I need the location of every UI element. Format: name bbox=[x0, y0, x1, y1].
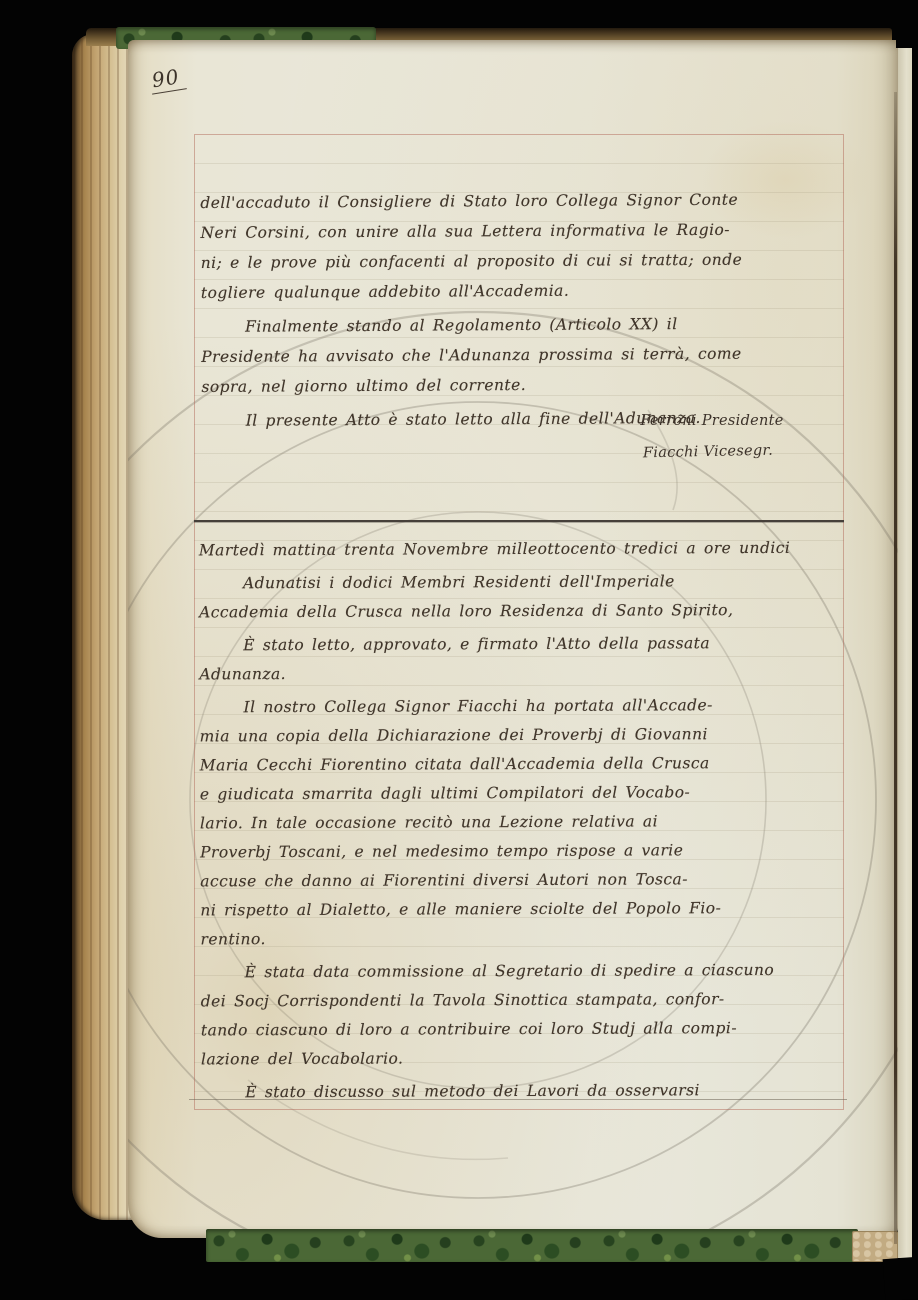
manuscript-line: ni; e le prove più confacenti al proposi… bbox=[201, 244, 841, 278]
paragraph: È stato letto, approvato, e firmato l'At… bbox=[199, 629, 841, 690]
manuscript-line: Neri Corsini, con unire alla sua Lettera… bbox=[200, 214, 840, 248]
page-edge-stack bbox=[72, 34, 136, 1220]
manuscript-line: Proverbj Toscani, e nel medesimo tempo r… bbox=[200, 836, 842, 868]
manuscript-line: accuse che danno ai Fiorentini diversi A… bbox=[200, 865, 842, 897]
manuscript-line: dei Socj Corrispondenti la Tavola Sinott… bbox=[201, 985, 843, 1017]
manuscript-line: È stato letto, approvato, e firmato l'At… bbox=[199, 629, 841, 661]
manuscript-line: Accademia della Crusca nella loro Reside… bbox=[199, 596, 841, 628]
manuscript-line: lario. In tale occasione recitò una Lezi… bbox=[200, 807, 842, 839]
folio-number: 90 bbox=[148, 63, 187, 94]
manuscript-line: dell'accaduto il Consigliere di Stato lo… bbox=[200, 184, 840, 218]
manuscript-line: Il nostro Collega Signor Fiacchi ha port… bbox=[199, 691, 841, 723]
manuscript-line: Martedì mattina trenta Novembre milleott… bbox=[199, 534, 841, 566]
manuscript-line: lazione del Vocabolario. bbox=[201, 1043, 843, 1075]
cover-corner-patch bbox=[852, 1231, 898, 1262]
manuscript-line: Adunanza. bbox=[199, 658, 841, 690]
manuscript-section-2: Martedì mattina trenta Novembre milleott… bbox=[199, 534, 844, 1112]
manuscript-line: tando ciascuno di loro a contribuire coi… bbox=[201, 1014, 843, 1046]
paragraph: Martedì mattina trenta Novembre milleott… bbox=[199, 534, 841, 566]
gutter-page-sliver bbox=[898, 46, 912, 1258]
paragraph: Finalmente stando al Regolamento (Artico… bbox=[201, 308, 842, 402]
paragraph: Adunatisi i dodici Membri Residenti dell… bbox=[199, 567, 841, 628]
manuscript-line: mia una copia della Dichiarazione dei Pr… bbox=[200, 720, 842, 752]
manuscript-line: È stato discusso sul metodo dei Lavori d… bbox=[201, 1076, 843, 1108]
background-notch bbox=[883, 1257, 918, 1300]
paragraph: Il nostro Collega Signor Fiacchi ha port… bbox=[199, 691, 842, 955]
section-divider-rule bbox=[194, 520, 844, 522]
manuscript-line: rentino. bbox=[200, 923, 842, 955]
manuscript-line: togliere qualunque addebito all'Accademi… bbox=[201, 274, 841, 308]
manuscript-line: Presidente ha avvisato che l'Adunanza pr… bbox=[201, 338, 841, 372]
manuscript-photo: 90 dell'accaduto il Consigliere di Stato… bbox=[0, 0, 918, 1300]
gutter-fold-line bbox=[894, 92, 897, 1244]
cover-marbling-bottom bbox=[206, 1229, 858, 1262]
manuscript-section-1: dell'accaduto il Consigliere di Stato lo… bbox=[200, 184, 842, 440]
paragraph: È stata data commissione al Segretario d… bbox=[201, 956, 844, 1075]
manuscript-line: Finalmente stando al Regolamento (Artico… bbox=[201, 308, 841, 342]
manuscript-line: sopra, nel giorno ultimo del corrente. bbox=[201, 368, 841, 402]
paragraph: È stato discusso sul metodo dei Lavori d… bbox=[201, 1076, 843, 1108]
background-notch bbox=[896, 0, 918, 48]
manuscript-line: e giudicata smarrita dagli ultimi Compil… bbox=[200, 778, 842, 810]
manuscript-line: Maria Cecchi Fiorentino citata dall'Acca… bbox=[200, 749, 842, 781]
signature-president: Ferroni Presidente bbox=[592, 413, 832, 429]
manuscript-line: Adunatisi i dodici Membri Residenti dell… bbox=[199, 567, 841, 599]
manuscript-line: ni rispetto al Dialetto, e alle maniere … bbox=[200, 894, 842, 926]
manuscript-line: È stata data commissione al Segretario d… bbox=[201, 956, 843, 988]
paragraph: dell'accaduto il Consigliere di Stato lo… bbox=[200, 184, 841, 308]
